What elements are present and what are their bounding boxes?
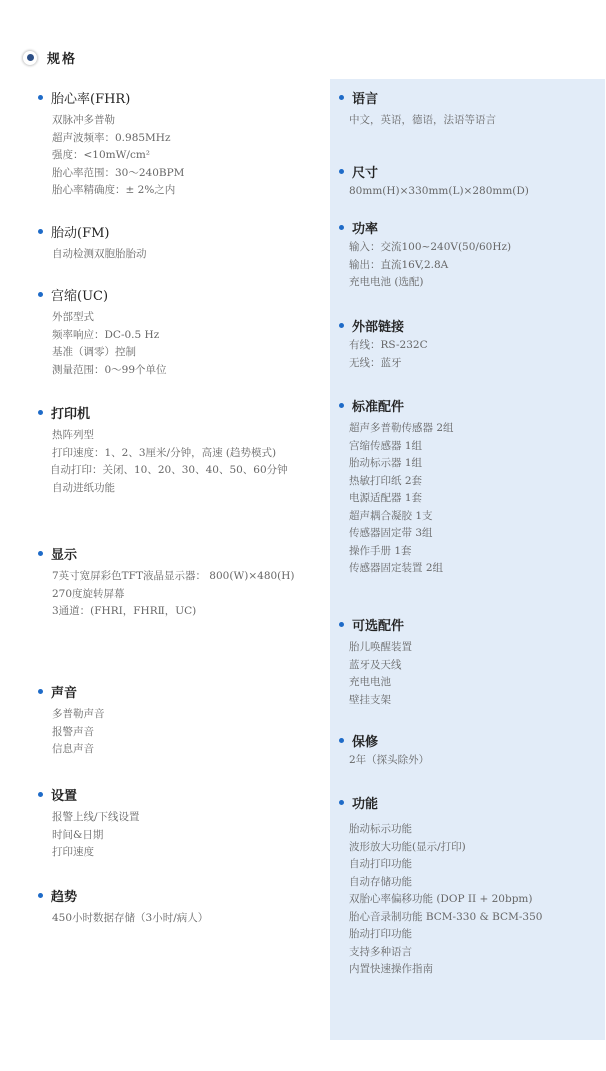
spec-line: 无线：蓝牙	[349, 355, 428, 373]
spec-line: 胎心音录制功能 BCM-330 & BCM-350	[349, 909, 542, 927]
bullet-icon	[38, 95, 43, 100]
spec-line: 450小时数据存储（3小时/病人）	[52, 910, 208, 928]
spec-line: 胎心率精确度：± 2%之内	[52, 182, 184, 200]
spec-line: 打印速度	[52, 844, 140, 862]
spec-line: 波形放大功能(显示/打印)	[349, 839, 542, 857]
section-title: 胎心率(FHR)	[51, 88, 130, 107]
section-title: 趋势	[51, 886, 77, 905]
spec-line: 充电电池	[349, 674, 412, 692]
bullet-icon	[339, 403, 344, 408]
spec-line: 自动打印功能	[349, 856, 542, 874]
spec-line: 报警声音	[52, 724, 105, 742]
section-trend: 趋势 450小时数据存储（3小时/病人）	[38, 886, 208, 928]
spec-line: 基准（调零）控制	[52, 344, 167, 362]
spec-line: 胎动打印功能	[349, 926, 542, 944]
spec-line: 双胎心率偏移功能 (DOP II + 20bpm)	[349, 891, 542, 909]
spec-line: 强度：<10mW/cm²	[52, 147, 184, 165]
section-warranty: 保修 2年（探头除外）	[339, 731, 429, 770]
spec-line: 超声多普勒传感器 2组	[349, 420, 454, 438]
spec-line: 2年（探头除外）	[349, 752, 429, 770]
section-fhr: 胎心率(FHR) 双脉冲多普勒 超声波频率：0.985MHz 强度：<10mW/…	[38, 88, 184, 200]
spec-line: 中文，英语，德语，法语等语言	[349, 112, 496, 130]
spec-line: 双脉冲多普勒	[52, 112, 184, 130]
spec-line: 操作手册 1套	[349, 543, 454, 561]
bullet-icon	[339, 323, 344, 328]
section-title: 功率	[352, 218, 378, 237]
section-title: 可选配件	[352, 615, 404, 634]
section-sound: 声音 多普勒声音 报警声音 信息声音	[38, 682, 105, 759]
spec-line: 有线：RS-232C	[349, 337, 428, 355]
section-title: 尺寸	[352, 162, 378, 181]
section-title: 功能	[352, 793, 378, 812]
section-printer: 打印机 热阵列型 打印速度：1、2、3厘米/分钟，高速 (趋势模式) 自动打印：…	[38, 403, 288, 497]
bullet-icon	[339, 738, 344, 743]
spec-line: 超声波频率：0.985MHz	[52, 130, 184, 148]
spec-line: 热敏打印纸 2套	[349, 473, 454, 491]
bullet-icon	[339, 622, 344, 627]
spec-line: 时间&日期	[52, 827, 140, 845]
spec-header: 规格	[23, 48, 77, 67]
bullet-icon	[339, 800, 344, 805]
section-title: 外部链接	[352, 316, 404, 335]
bullet-icon	[38, 410, 43, 415]
bullet-icon	[339, 225, 344, 230]
section-title: 声音	[51, 682, 77, 701]
section-title: 宫缩(UC)	[51, 285, 108, 304]
section-settings: 设置 报警上线/下线设置 时间&日期 打印速度	[38, 785, 140, 862]
spec-line: 充电电池 (选配)	[349, 274, 511, 292]
spec-line: 80mm(H)×330mm(L)×280mm(D)	[349, 183, 529, 201]
spec-line: 自动进纸功能	[52, 480, 288, 498]
spec-line: 传感器固定带 3组	[349, 525, 454, 543]
section-power: 功率 输入：交流100~240V(50/60Hz) 输出：直流16V,2.8A …	[339, 218, 511, 292]
spec-line: 胎心率范围：30～240BPM	[52, 165, 184, 183]
bullet-icon	[339, 169, 344, 174]
spec-line: 热阵列型	[52, 427, 288, 445]
spec-line: 电源适配器 1套	[349, 490, 454, 508]
bullet-icon	[38, 551, 43, 556]
section-title: 显示	[51, 544, 77, 563]
spec-line: 内置快速操作指南	[349, 961, 542, 979]
section-standard-accessories: 标准配件 超声多普勒传感器 2组 宫缩传感器 1组 胎动标示器 1组 热敏打印纸…	[339, 396, 454, 578]
spec-line: 频率响应：DC-0.5 Hz	[52, 327, 167, 345]
section-dimensions: 尺寸 80mm(H)×330mm(L)×280mm(D)	[339, 162, 529, 201]
spec-line: 3通道：(FHRⅠ，FHRⅡ，UC)	[52, 603, 295, 621]
spec-line: 7英寸宽屏彩色TFT液晶显示器： 800(W)×480(H)	[52, 568, 295, 586]
spec-line: 外部型式	[52, 309, 167, 327]
section-title: 打印机	[51, 403, 90, 422]
section-optional-accessories: 可选配件 胎儿唤醒装置 蓝牙及天线 充电电池 壁挂支架	[339, 615, 412, 709]
bullet-icon	[38, 689, 43, 694]
section-language: 语言 中文，英语，德语，法语等语言	[339, 88, 496, 130]
spec-line: 胎动标示功能	[349, 821, 542, 839]
spec-line: 报警上线/下线设置	[52, 809, 140, 827]
spec-line: 输入：交流100~240V(50/60Hz)	[349, 239, 511, 257]
spec-line: 蓝牙及天线	[349, 657, 412, 675]
spec-line: 信息声音	[52, 741, 105, 759]
bullet-icon	[38, 792, 43, 797]
section-title: 保修	[352, 731, 378, 750]
spec-line: 宫缩传感器 1组	[349, 438, 454, 456]
section-fm: 胎动(FM) 自动检测双胞胎胎动	[38, 222, 147, 264]
section-title: 语言	[352, 88, 378, 107]
spec-line: 输出：直流16V,2.8A	[349, 257, 511, 275]
spec-line: 自动检测双胞胎胎动	[52, 246, 147, 264]
section-display: 显示 7英寸宽屏彩色TFT液晶显示器： 800(W)×480(H) 270度旋转…	[38, 544, 295, 621]
radio-dot	[27, 54, 34, 61]
spec-line: 打印速度：1、2、3厘米/分钟，高速 (趋势模式)	[52, 445, 288, 463]
spec-line: 胎动标示器 1组	[349, 455, 454, 473]
spec-line: 壁挂支架	[349, 692, 412, 710]
spec-line: 自动存储功能	[349, 874, 542, 892]
bullet-icon	[38, 292, 43, 297]
section-external-link: 外部链接 有线：RS-232C 无线：蓝牙	[339, 316, 428, 372]
spec-line: 多普勒声音	[52, 706, 105, 724]
bullet-icon	[339, 95, 344, 100]
spec-line: 270度旋转屏幕	[52, 586, 295, 604]
section-title: 标准配件	[352, 396, 404, 415]
bullet-icon	[38, 229, 43, 234]
radio-selected-icon[interactable]	[23, 51, 37, 65]
section-uc: 宫缩(UC) 外部型式 频率响应：DC-0.5 Hz 基准（调零）控制 测量范围…	[38, 285, 167, 379]
spec-line: 测量范围：0～99个单位	[52, 362, 167, 380]
section-functions: 功能 胎动标示功能 波形放大功能(显示/打印) 自动打印功能 自动存储功能 双胎…	[339, 793, 542, 979]
bullet-icon	[38, 893, 43, 898]
spec-line: 超声耦合凝胶 1支	[349, 508, 454, 526]
page-title: 规格	[47, 48, 77, 67]
spec-line: 自动打印：关闭、10、20、30、40、50、60分钟	[50, 462, 288, 480]
spec-line: 胎儿唤醒装置	[349, 639, 412, 657]
section-title: 胎动(FM)	[51, 222, 109, 241]
section-title: 设置	[51, 785, 77, 804]
spec-line: 传感器固定装置 2组	[349, 560, 454, 578]
spec-line: 支持多种语言	[349, 944, 542, 962]
